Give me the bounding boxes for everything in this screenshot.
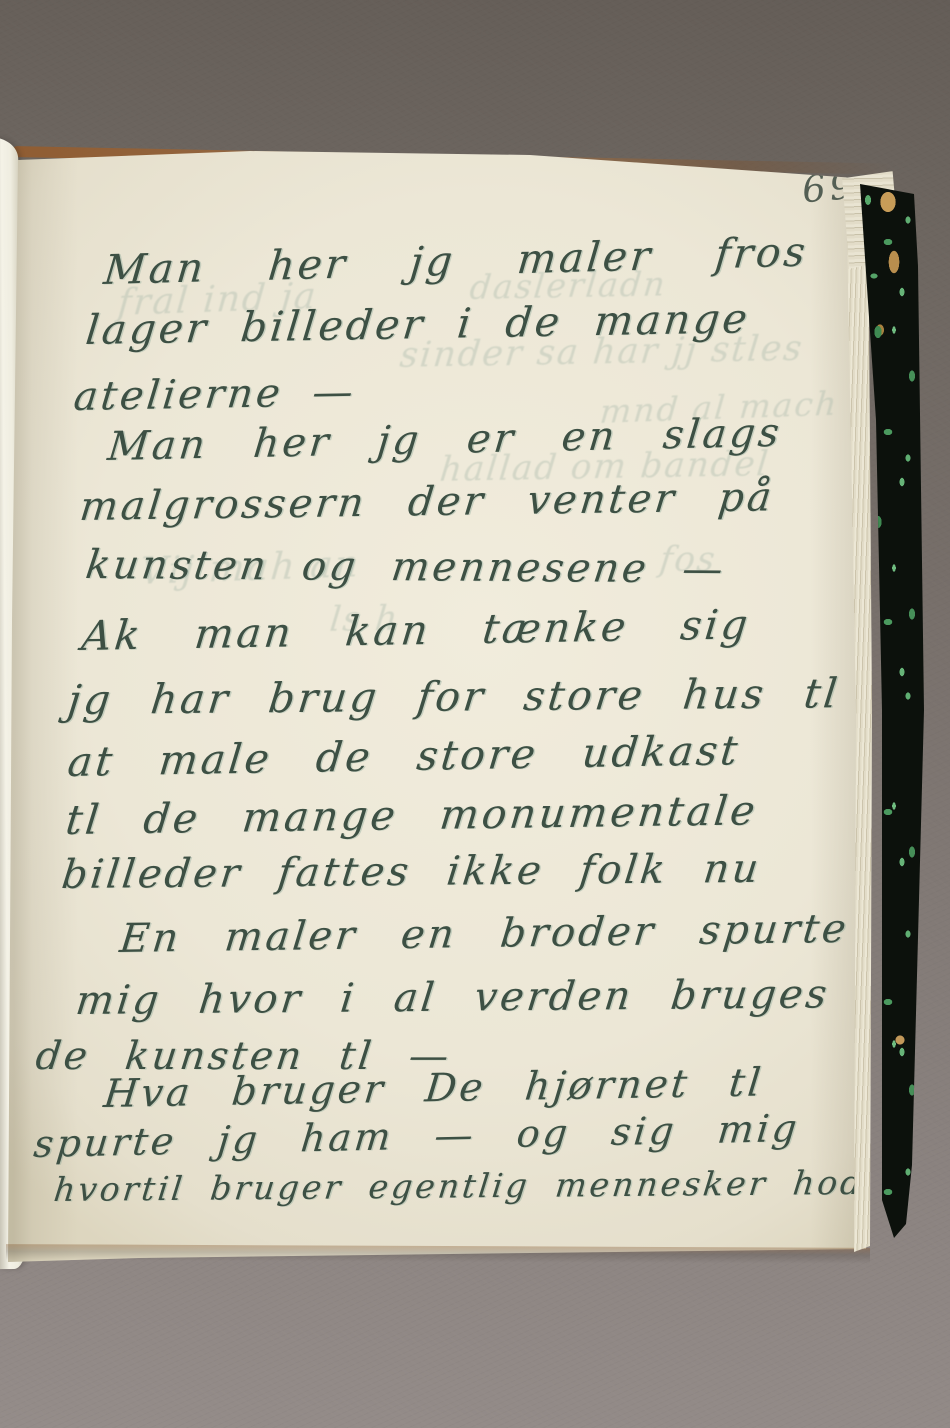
- handwriting-line: atelierne —: [72, 369, 359, 420]
- handwriting-line: hvortil bruger egentlig mennesker hodet …: [52, 1162, 950, 1209]
- handwriting-line: jg har brug for store hus tl: [65, 669, 842, 724]
- handwriting-line: Ak man kan tænke sig: [79, 600, 752, 660]
- handwriting-line: at male de store udkast: [65, 726, 742, 786]
- notebook-photograph: fral ind jadaslerladnsinder sa har jj st…: [0, 0, 950, 1428]
- notebook-page: fral ind jadaslerladnsinder sa har jj st…: [0, 0, 950, 1428]
- handwriting-line: kunsten og mennesene —: [83, 542, 728, 592]
- handwriting-line: Man her jg maler fros: [102, 228, 811, 294]
- handwriting-line: En maler en broder spurte: [117, 906, 851, 962]
- handwriting-line: malgrossern der venter på: [77, 474, 776, 530]
- handwriting-line: billeder fattes ikke folk nu: [59, 846, 763, 898]
- handwriting-line: mig hvor i al verden bruges: [73, 971, 832, 1024]
- handwriting-line: tl de mange monumentale: [63, 786, 760, 844]
